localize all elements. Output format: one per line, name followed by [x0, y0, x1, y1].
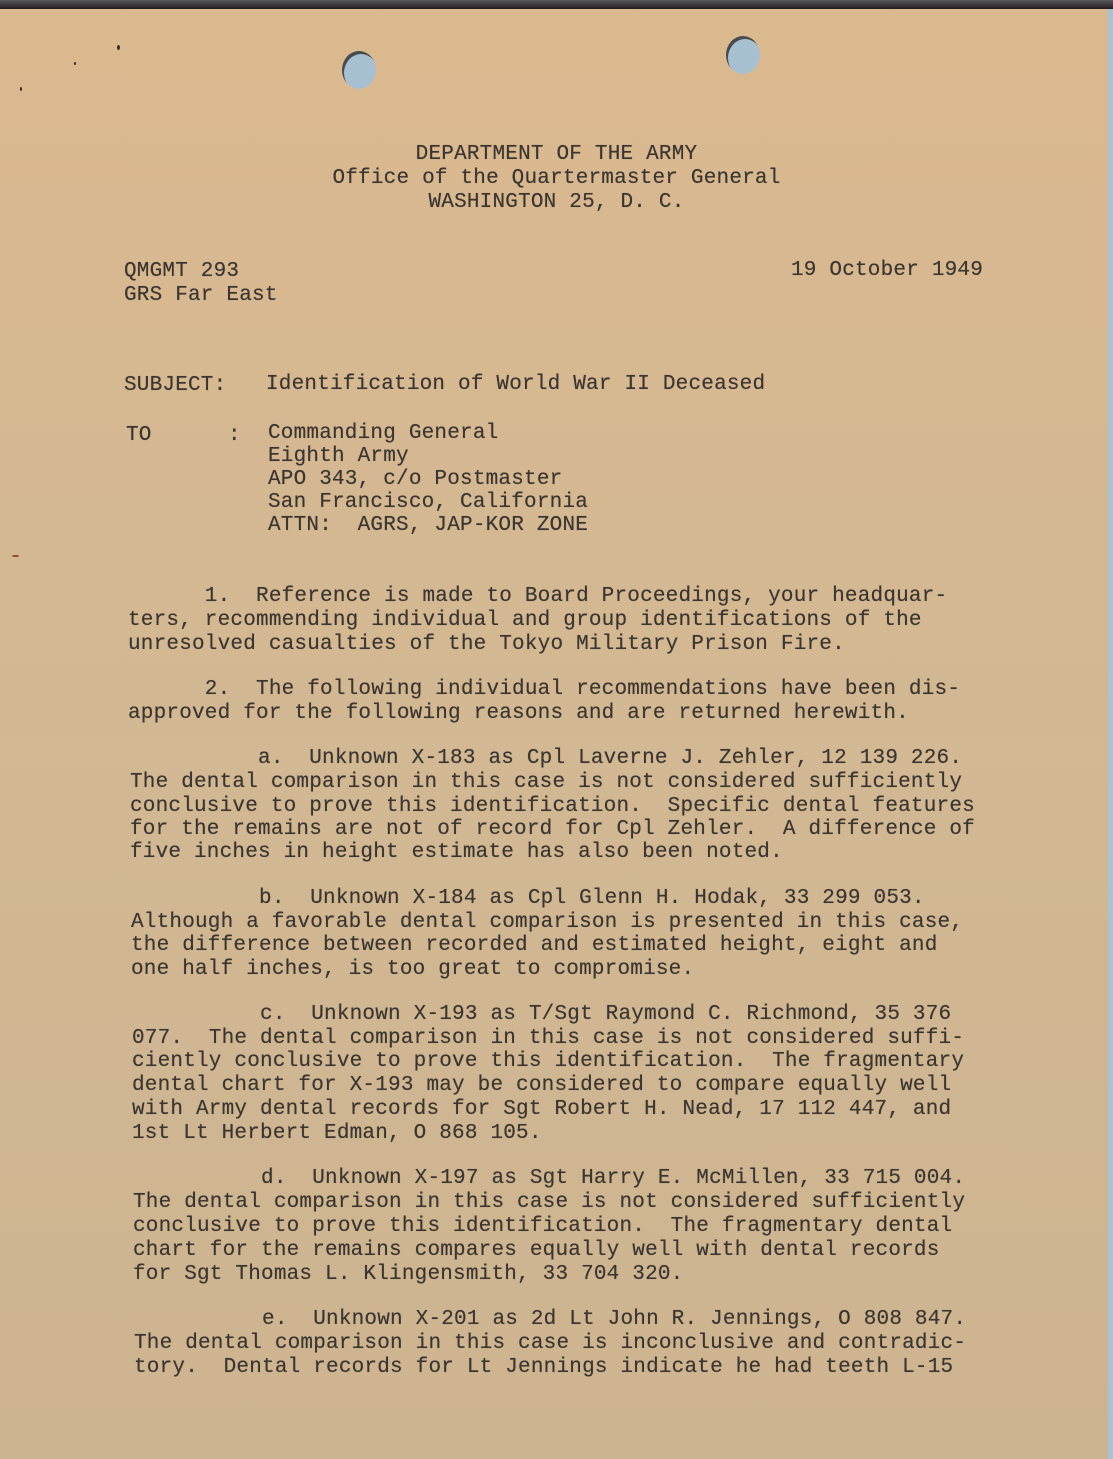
addressee-line: San Francisco, California — [268, 491, 588, 515]
paper-speck — [12, 555, 19, 557]
item-line: The dental comparison in this case is no… — [130, 771, 962, 795]
paragraph-line: unresolved casualties of the Tokyo Milit… — [128, 633, 845, 657]
item-line: a. Unknown X-183 as Cpl Laverne J. Zehle… — [130, 747, 962, 771]
item-line: d. Unknown X-197 as Sgt Harry E. McMille… — [133, 1167, 965, 1191]
letterhead-office: Office of the Quartermaster General — [0, 167, 1113, 191]
addressee-line: ATTN: AGRS, JAP-KOR ZONE — [268, 514, 588, 538]
to-label: TO — [126, 424, 152, 448]
item-line: five inches in height estimate has also … — [130, 841, 783, 865]
paper-speck — [74, 62, 76, 65]
item-line: e. Unknown X-201 as 2d Lt John R. Jennin… — [134, 1308, 966, 1332]
paper-speck — [20, 87, 22, 91]
item-line: 077. The dental comparison in this case … — [132, 1027, 964, 1051]
file-code: QMGMT 293 — [124, 260, 239, 284]
paragraph-line: 2. The following individual recommendati… — [128, 678, 960, 702]
item-line: c. Unknown X-193 as T/Sgt Raymond C. Ric… — [132, 1003, 951, 1027]
paragraph-line: approved for the following reasons and a… — [128, 702, 909, 726]
letterhead-address: WASHINGTON 25, D. C. — [0, 191, 1113, 215]
item-line: the difference between recorded and esti… — [131, 934, 938, 958]
item-line: ciently conclusive to prove this identif… — [132, 1050, 964, 1074]
item-line: The dental comparison in this case is no… — [133, 1191, 965, 1215]
item-line: b. Unknown X-184 as Cpl Glenn H. Hodak, … — [131, 887, 925, 911]
item-line: 1st Lt Herbert Edman, O 868 105. — [132, 1122, 542, 1146]
addressee-line: Eighth Army — [268, 445, 409, 469]
item-line: one half inches, is too great to comprom… — [131, 958, 694, 982]
to-colon: : — [228, 424, 241, 448]
item-line: conclusive to prove this identification.… — [130, 795, 975, 819]
subject-label: SUBJECT: — [124, 374, 226, 398]
paper-speck — [117, 45, 120, 50]
punch-hole-left — [342, 51, 376, 89]
letter-date: 19 October 1949 — [791, 259, 983, 283]
addressee-line: APO 343, c/o Postmaster — [268, 468, 562, 492]
item-line: conclusive to prove this identification.… — [133, 1215, 952, 1239]
item-line: for the remains are not of record for Cp… — [130, 818, 975, 842]
item-line: dental chart for X-193 may be considered… — [132, 1074, 951, 1098]
paragraph-line: 1. Reference is made to Board Proceeding… — [128, 585, 947, 609]
addressee-line: Commanding General — [268, 422, 498, 446]
item-line: The dental comparison in this case is in… — [134, 1332, 966, 1356]
letterhead-department: DEPARTMENT OF THE ARMY — [0, 143, 1113, 167]
item-line: tory. Dental records for Lt Jennings ind… — [134, 1356, 953, 1380]
punch-hole-right — [726, 36, 760, 74]
item-line: for Sgt Thomas L. Klingensmith, 33 704 3… — [133, 1263, 684, 1287]
paragraph-line: ters, recommending individual and group … — [128, 609, 922, 633]
item-line: chart for the remains compares equally w… — [133, 1239, 940, 1263]
scan-top-edge — [0, 0, 1113, 9]
item-line: Although a favorable dental comparison i… — [131, 911, 963, 935]
subject-text: Identification of World War II Deceased — [266, 373, 765, 397]
item-line: with Army dental records for Sgt Robert … — [132, 1098, 951, 1122]
scan-right-edge — [1108, 9, 1113, 1459]
office-symbol: GRS Far East — [124, 284, 278, 308]
